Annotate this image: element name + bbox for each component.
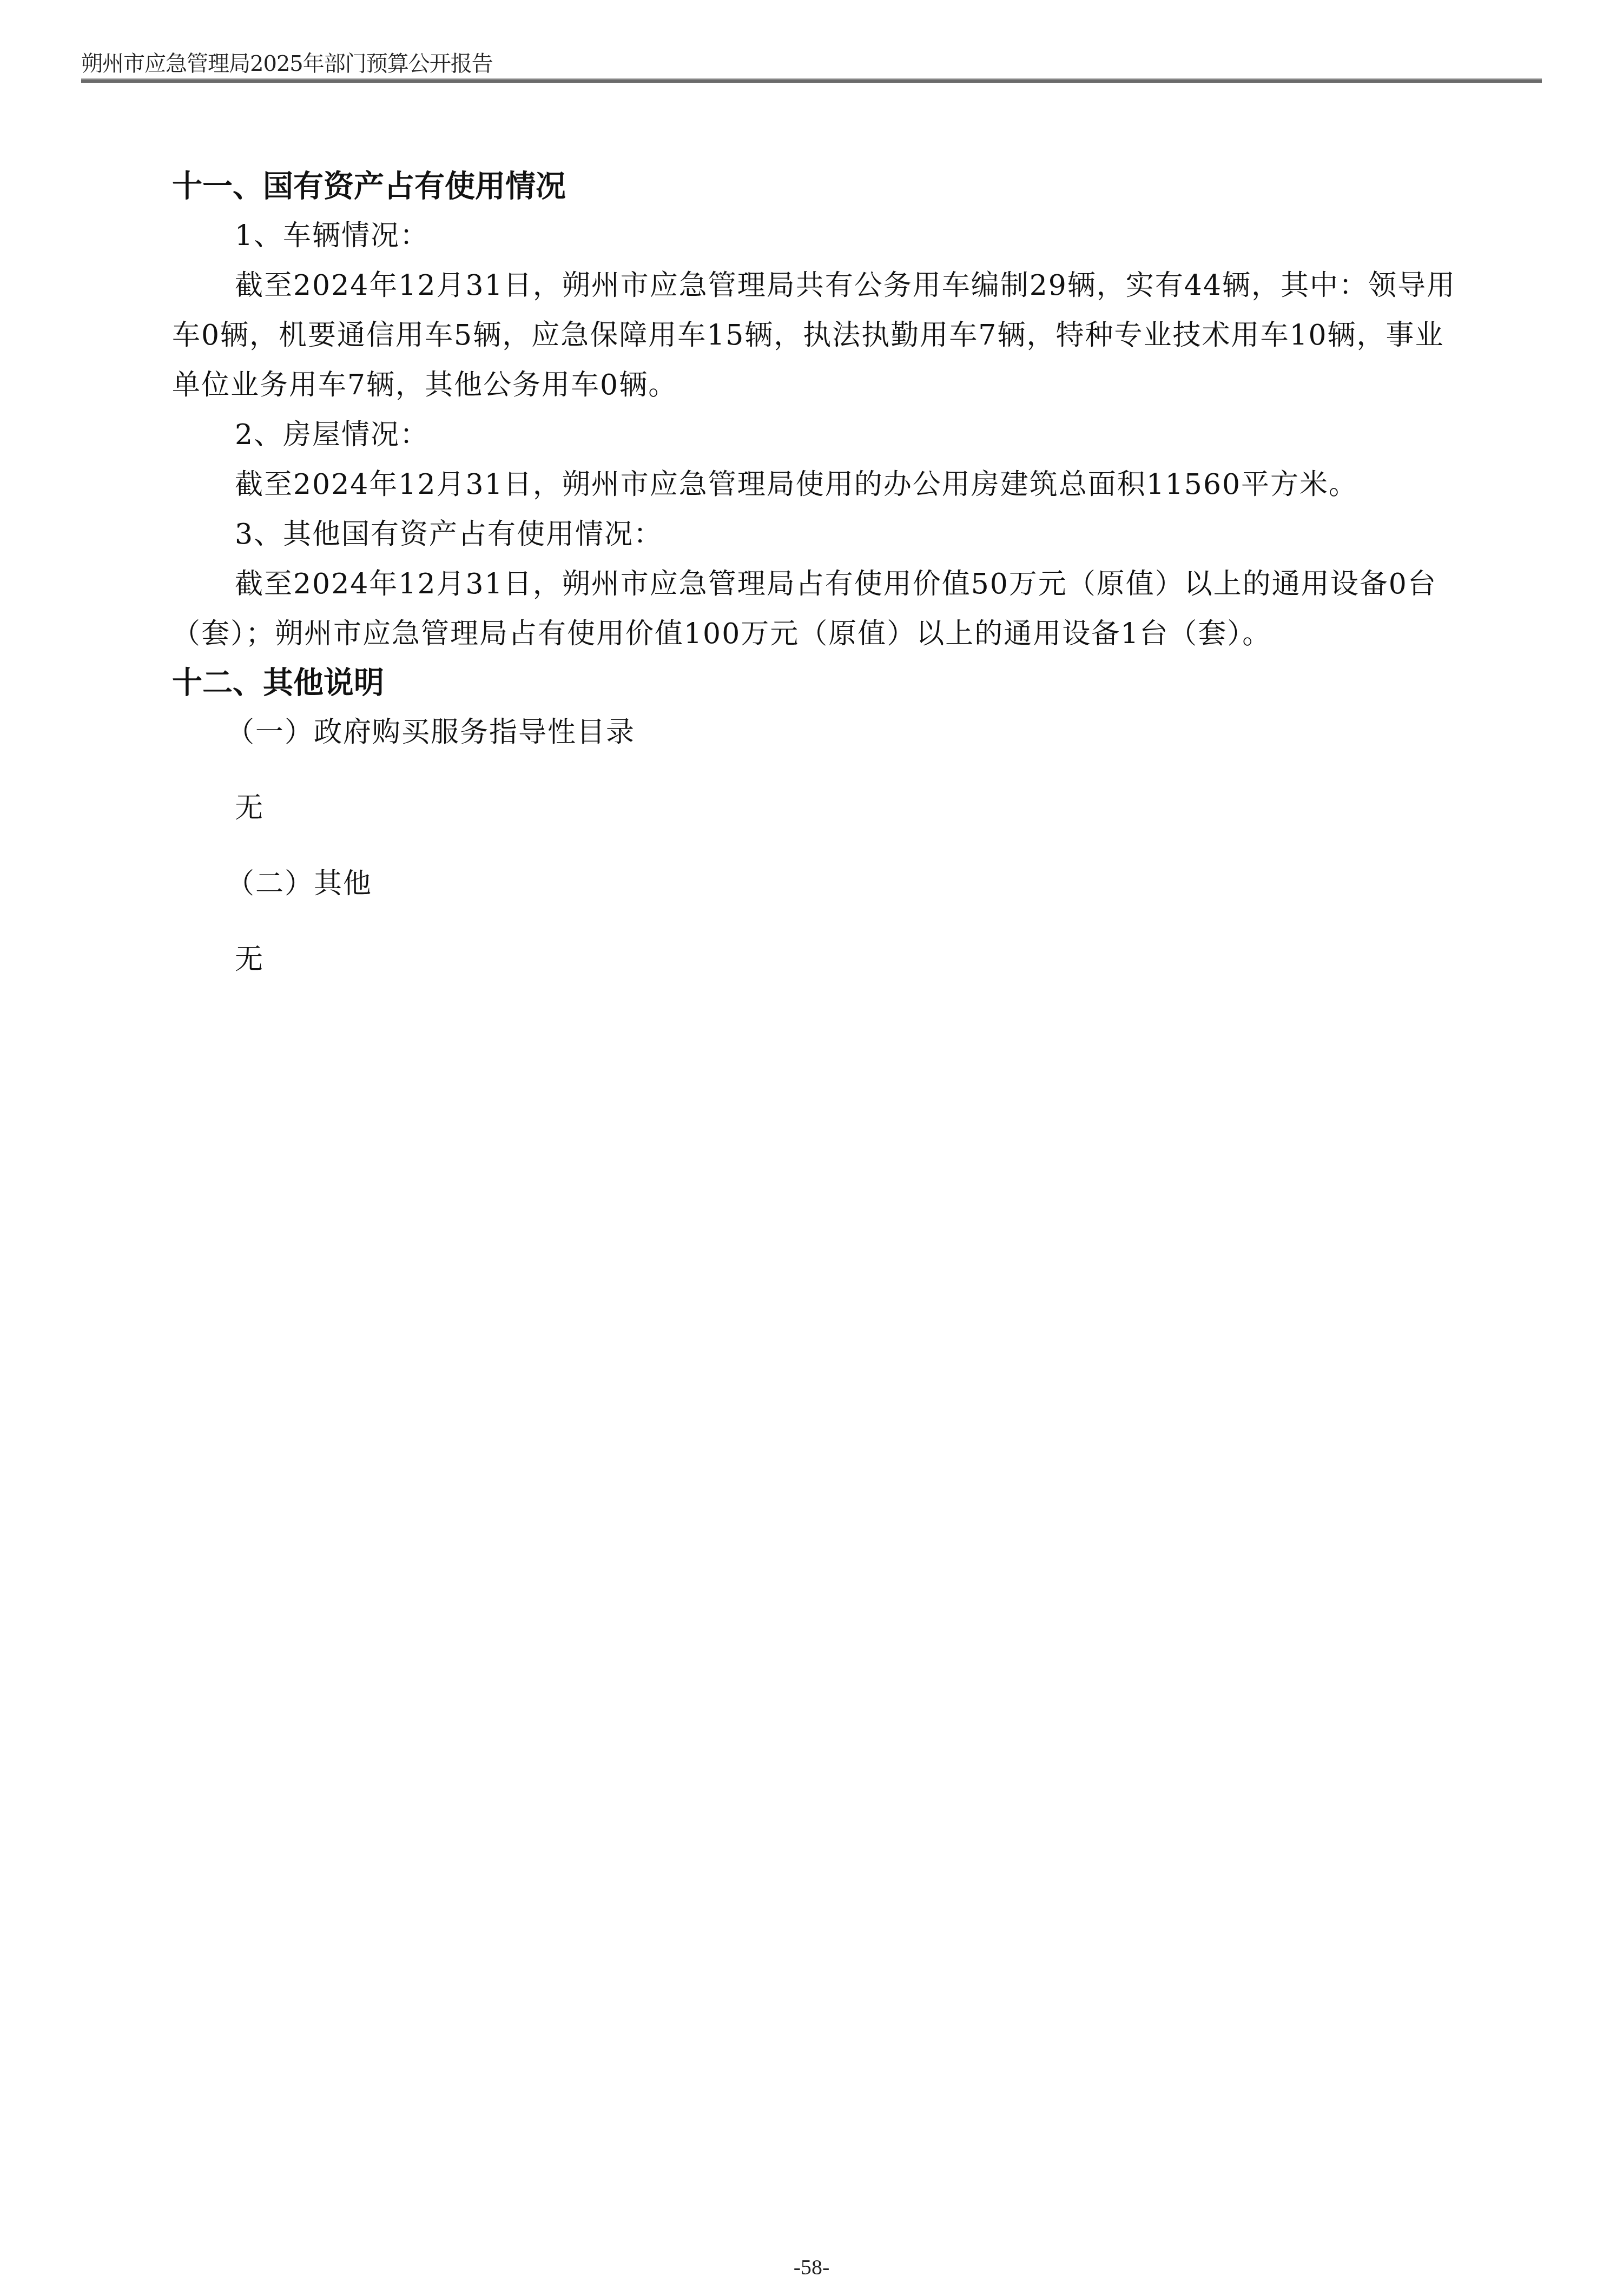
paragraph-gov-procurement-none: 无 [172, 783, 1470, 833]
paragraph-housing: 截至2024年12月31日，朔州市应急管理局使用的办公用房建筑总面积11560平… [172, 460, 1470, 510]
paragraph-vehicles: 截至2024年12月31日，朔州市应急管理局共有公务用车编制29辆，实有44辆，… [172, 261, 1470, 410]
subheading-housing: 2、房屋情况： [172, 410, 1470, 460]
document-header-title: 朔州市应急管理局2025年部门预算公开报告 [81, 47, 493, 77]
paragraph-other-none: 无 [172, 935, 1470, 984]
paragraph-other-assets: 截至2024年12月31日，朔州市应急管理局占有使用价值50万元（原值）以上的通… [172, 559, 1470, 659]
document-body: 十一、国有资产占有使用情况 1、车辆情况： 截至2024年12月31日，朔州市应… [172, 162, 1470, 984]
subheading-gov-procurement-catalog: （一）政府购买服务指导性目录 [172, 707, 1470, 757]
subheading-other: （二）其他 [172, 859, 1470, 909]
header-divider [81, 78, 1542, 83]
page-number: -58- [0, 2254, 1623, 2280]
section-heading-other-notes: 十二、其他说明 [172, 659, 1470, 707]
subheading-other-assets: 3、其他国有资产占有使用情况： [172, 510, 1470, 559]
section-heading-state-assets: 十一、国有资产占有使用情况 [172, 162, 1470, 211]
subheading-vehicles: 1、车辆情况： [172, 211, 1470, 261]
